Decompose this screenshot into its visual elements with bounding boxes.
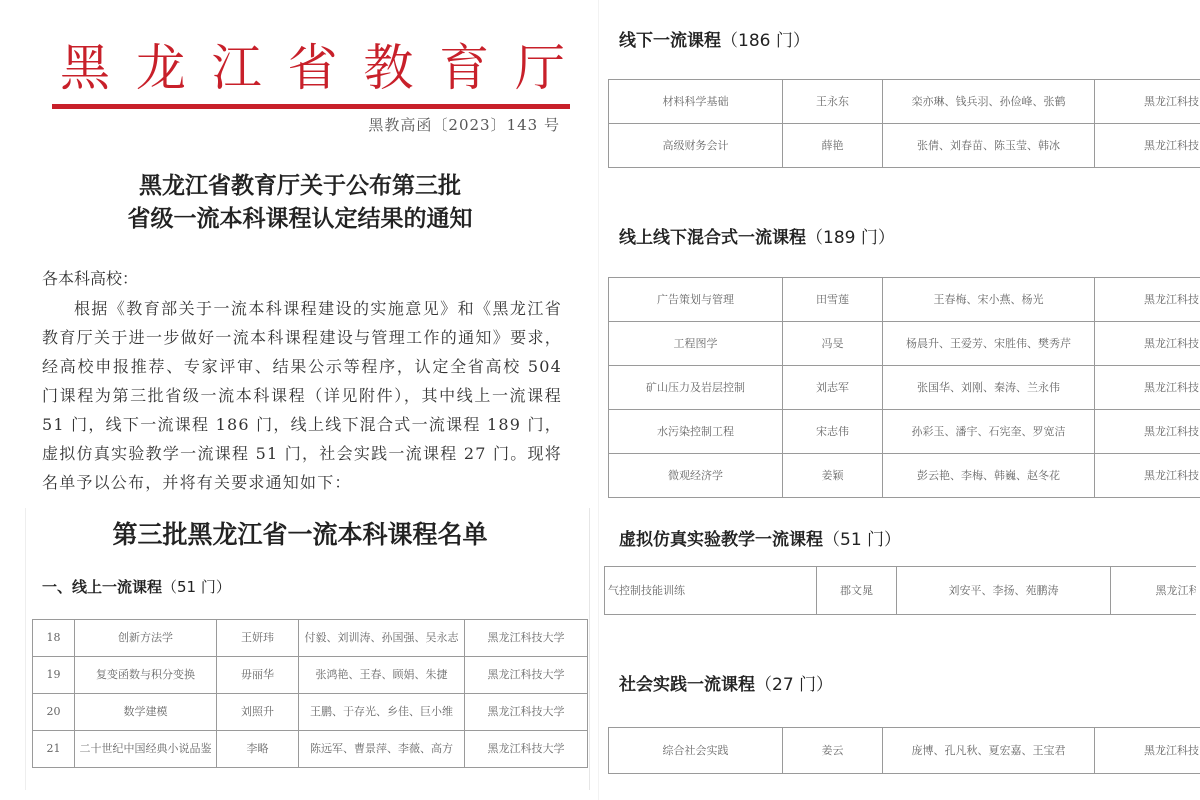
course-lead: 刘照升: [217, 694, 299, 731]
course-lead: 田雪莲: [783, 278, 883, 322]
masthead-char: 教: [363, 38, 413, 98]
course-lead: 毋丽华: [217, 657, 299, 694]
row-number: 21: [33, 731, 75, 768]
panel-divider: [598, 0, 599, 800]
course-lead: 郡文晁: [817, 567, 897, 615]
table-row: 广告策划与管理 田雪莲 王春梅、宋小燕、杨光 黑龙江科技: [609, 278, 1200, 322]
course-lead: 冯旻: [783, 322, 883, 366]
masthead-char: 育: [439, 38, 489, 98]
course-name: 材料科学基础: [609, 80, 783, 124]
row-number: 18: [33, 620, 75, 657]
course-name: 数学建模: [75, 694, 217, 731]
school-name: 黑龙江科技: [1095, 366, 1200, 410]
school-name: 黑龙江科技: [1095, 278, 1200, 322]
section-heading-social: 社会实践一流课程（27 门）: [619, 670, 833, 695]
course-name: 二十世纪中国经典小说品鉴: [75, 731, 217, 768]
section-heading-label: 一、线上一流课程: [42, 578, 162, 596]
course-lead: 姜颖: [783, 454, 883, 498]
team-members: 陈远军、曹景萍、李薇、高方: [299, 731, 465, 768]
social-course-table: 综合社会实践 姜云 庞博、孔凡秋、夏宏嘉、王宝君 黑龙江科技: [608, 727, 1200, 774]
virtual-table-viewport: 气控制技能训练 郡文晁 刘安平、李扬、苑鹏涛 黑龙江科: [604, 566, 1196, 616]
section-count: （51 门）: [162, 578, 231, 596]
table-row: 微观经济学 姜颖 彭云艳、李梅、韩巍、赵冬花 黑龙江科技: [609, 454, 1200, 498]
virtual-course-table: 气控制技能训练 郡文晁 刘安平、李扬、苑鹏涛 黑龙江科: [604, 566, 1196, 615]
course-name: 复变函数与积分变换: [75, 657, 217, 694]
table-row: 19 复变函数与积分变换 毋丽华 张鸿艳、王春、顾娟、朱捷 黑龙江科技大学: [33, 657, 588, 694]
team-members: 付毅、刘训涛、孙国强、吴永志: [299, 620, 465, 657]
masthead-title: 黑 龙 江 省 教 育 厅: [60, 38, 565, 98]
course-lead: 李略: [217, 731, 299, 768]
course-lead: 薛艳: [783, 124, 883, 168]
school-name: 黑龙江科技大学: [465, 694, 588, 731]
notice-document-page: 黑 龙 江 省 教 育 厅 黑教高函〔2023〕143 号 黑龙江省教育厅关于公…: [0, 0, 600, 800]
section-count: （186 门）: [721, 31, 810, 51]
team-members: 栾亦琳、钱兵羽、孙俭峰、张鹤: [883, 80, 1095, 124]
section-heading-online: 一、线上一流课程（51 门）: [42, 576, 231, 597]
blended-course-table: 广告策划与管理 田雪莲 王春梅、宋小燕、杨光 黑龙江科技 工程图学 冯旻 杨晨升…: [608, 277, 1200, 498]
masthead-char: 黑: [60, 38, 110, 98]
team-members: 彭云艳、李梅、韩巍、赵冬花: [883, 454, 1095, 498]
team-members: 杨晨升、王爱芳、宋胜伟、樊秀芹: [883, 322, 1095, 366]
school-name: 黑龙江科: [1111, 567, 1197, 615]
section-heading-blended: 线上线下混合式一流课程（189 门）: [619, 223, 895, 248]
blended-table-viewport: 广告策划与管理 田雪莲 王春梅、宋小燕、杨光 黑龙江科技 工程图学 冯旻 杨晨升…: [608, 277, 1200, 501]
table-row: 高级财务会计 薛艳 张倩、刘春苗、陈玉莹、韩冰 黑龙江科技: [609, 124, 1200, 168]
document-number: 黑教高函〔2023〕143 号: [368, 114, 560, 135]
masthead-char: 江: [212, 38, 262, 98]
table-row: 工程图学 冯旻 杨晨升、王爱芳、宋胜伟、樊秀芹 黑龙江科技: [609, 322, 1200, 366]
section-heading-label: 社会实践一流课程: [619, 675, 755, 695]
school-name: 黑龙江科技大学: [465, 657, 588, 694]
offline-table-viewport: 材料科学基础 王永东 栾亦琳、钱兵羽、孙俭峰、张鹤 黑龙江科技 高级财务会计 薛…: [608, 79, 1200, 171]
course-name: 微观经济学: [609, 454, 783, 498]
school-name: 黑龙江科技: [1095, 410, 1200, 454]
masthead-char: 厅: [515, 38, 565, 98]
course-lead: 王永东: [783, 80, 883, 124]
school-name: 黑龙江科技: [1095, 124, 1200, 168]
section-heading-virtual: 虚拟仿真实验教学一流课程（51 门）: [619, 525, 901, 550]
team-members: 刘安平、李扬、苑鹏涛: [897, 567, 1111, 615]
team-members: 王春梅、宋小燕、杨光: [883, 278, 1095, 322]
team-members: 王鹏、于存光、乡佳、巨小维: [299, 694, 465, 731]
table-row: 综合社会实践 姜云 庞博、孔凡秋、夏宏嘉、王宝君 黑龙江科技: [609, 728, 1200, 774]
table-row: 水污染控制工程 宋志伟 孙彩玉、潘宇、石宪奎、罗宽洁 黑龙江科技: [609, 410, 1200, 454]
section-heading-label: 虚拟仿真实验教学一流课程: [619, 530, 823, 550]
course-name: 矿山压力及岩层控制: [609, 366, 783, 410]
table-row: 21 二十世纪中国经典小说品鉴 李略 陈远军、曹景萍、李薇、高方 黑龙江科技大学: [33, 731, 588, 768]
red-divider: [52, 104, 570, 109]
course-name: 水污染控制工程: [609, 410, 783, 454]
section-heading-label: 线上线下混合式一流课程: [619, 228, 806, 248]
notice-title-line1: 黑龙江省教育厅关于公布第三批: [0, 167, 600, 200]
course-name: 综合社会实践: [609, 728, 783, 774]
table-row: 气控制技能训练 郡文晁 刘安平、李扬、苑鹏涛 黑龙江科: [605, 567, 1197, 615]
school-name: 黑龙江科技: [1095, 80, 1200, 124]
team-members: 张倩、刘春苗、陈玉莹、韩冰: [883, 124, 1095, 168]
course-lead: 王妍玮: [217, 620, 299, 657]
school-name: 黑龙江科技大学: [465, 731, 588, 768]
section-count: （189 门）: [806, 228, 895, 248]
course-list-title: 第三批黑龙江省一流本科课程名单: [0, 515, 600, 551]
course-name: 广告策划与管理: [609, 278, 783, 322]
team-members: 庞博、孔凡秋、夏宏嘉、王宝君: [883, 728, 1095, 774]
course-lead: 刘志军: [783, 366, 883, 410]
social-table-viewport: 综合社会实践 姜云 庞博、孔凡秋、夏宏嘉、王宝君 黑龙江科技: [608, 727, 1200, 777]
course-lead: 姜云: [783, 728, 883, 774]
table-row: 18 创新方法学 王妍玮 付毅、刘训涛、孙国强、吴永志 黑龙江科技大学: [33, 620, 588, 657]
team-members: 孙彩玉、潘宇、石宪奎、罗宽洁: [883, 410, 1095, 454]
table-row: 矿山压力及岩层控制 刘志军 张国华、刘刚、秦涛、兰永伟 黑龙江科技: [609, 366, 1200, 410]
course-name: 创新方法学: [75, 620, 217, 657]
masthead-char: 省: [287, 38, 337, 98]
team-members: 张鸿艳、王春、顾娟、朱捷: [299, 657, 465, 694]
school-name: 黑龙江科技: [1095, 322, 1200, 366]
school-name: 黑龙江科技大学: [465, 620, 588, 657]
section-heading-label: 线下一流课程: [619, 31, 721, 51]
course-name: 高级财务会计: [609, 124, 783, 168]
school-name: 黑龙江科技: [1095, 454, 1200, 498]
row-number: 20: [33, 694, 75, 731]
notice-title-line2: 省级一流本科课程认定结果的通知: [0, 200, 600, 233]
section-count: （51 门）: [823, 530, 901, 550]
online-course-table: 18 创新方法学 王妍玮 付毅、刘训涛、孙国强、吴永志 黑龙江科技大学 19 复…: [32, 619, 588, 768]
table-row: 20 数学建模 刘照升 王鹏、于存光、乡佳、巨小维 黑龙江科技大学: [33, 694, 588, 731]
row-number: 19: [33, 657, 75, 694]
course-lead: 宋志伟: [783, 410, 883, 454]
section-heading-offline: 线下一流课程（186 门）: [619, 26, 810, 51]
course-name: 气控制技能训练: [605, 567, 817, 615]
offline-course-table: 材料科学基础 王永东 栾亦琳、钱兵羽、孙俭峰、张鹤 黑龙江科技 高级财务会计 薛…: [608, 79, 1200, 168]
notice-body: 根据《教育部关于一流本科课程建设的实施意见》和《黑龙江省教育厅关于进一步做好一流…: [42, 294, 562, 497]
salutation: 各本科高校：: [42, 266, 138, 289]
masthead-char: 龙: [136, 38, 186, 98]
team-members: 张国华、刘刚、秦涛、兰永伟: [883, 366, 1095, 410]
table-row: 材料科学基础 王永东 栾亦琳、钱兵羽、孙俭峰、张鹤 黑龙江科技: [609, 80, 1200, 124]
section-count: （27 门）: [755, 675, 833, 695]
course-name: 工程图学: [609, 322, 783, 366]
school-name: 黑龙江科技: [1095, 728, 1200, 774]
